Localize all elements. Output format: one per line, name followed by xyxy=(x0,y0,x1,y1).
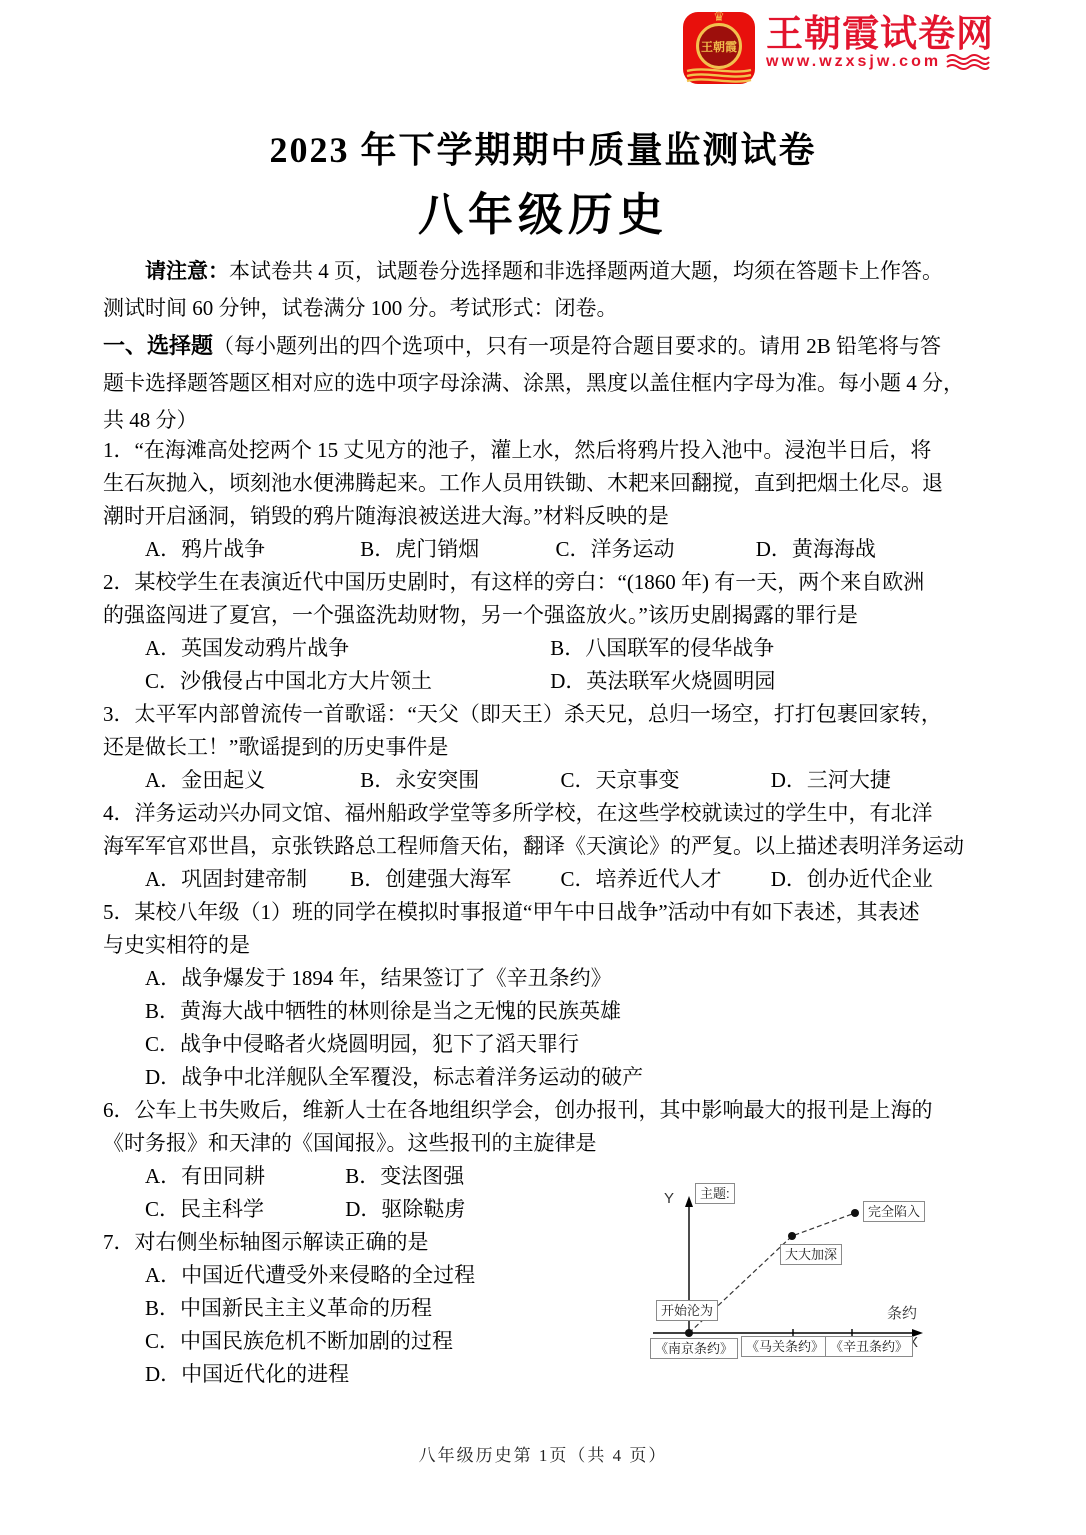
notice-line-2: 测试时间 60 分钟，试卷满分 100 分。考试形式：闭卷。 xyxy=(103,290,993,327)
option-d: D．三河大捷 xyxy=(771,764,891,797)
question-2-options-row-2: C．沙俄侵占中国北方大片领土 D．英法联军火烧圆明园 xyxy=(103,665,1003,698)
question-3-options: A．金田起义 B．永安突围 C．天京事变 D．三河大捷 xyxy=(103,764,1003,797)
site-name: 王朝霞试卷网 xyxy=(766,13,994,55)
page-subtitle: 八年级历史 xyxy=(0,178,1086,243)
intro-block: 请注意：本试卷共 4 页，试题卷分选择题和非选择题两道大题，均须在答题卡上作答。… xyxy=(103,253,993,439)
question-5-text-2: 与史实相符的是 xyxy=(103,929,1003,962)
question-3-text-1: 3．太平军内部曾流传一首歌谣：“天父（即天王）杀天兄，总归一场空，打打包裹回家转… xyxy=(103,698,1003,731)
theme-box: 主题: xyxy=(695,1183,735,1204)
option-b: B．永安突围 xyxy=(360,764,555,797)
section-desc-2: 题卡选择题答题区相对应的选中项字母涂满、涂黑，黑度以盖住框内字母为准。每小题 4… xyxy=(103,365,993,402)
option-d: D．黄海海战 xyxy=(756,533,876,566)
logo-text-block: 王朝霞试卷网 www.wzxsjw.com xyxy=(766,12,994,71)
option-b: B．虎门销烟 xyxy=(360,533,550,566)
option-c: C．天京事变 xyxy=(561,764,766,797)
page-title: 2023 年下学期期中质量监测试卷 xyxy=(0,122,1086,173)
option-b: B．八国联军的侵华战争 xyxy=(550,632,774,665)
option-a: A．巩固封建帝制 xyxy=(145,863,345,896)
stage-label-3: 完全陷入 xyxy=(863,1201,925,1222)
option-d: D．驱除鞑虏 xyxy=(345,1193,465,1226)
option-d: D．英法联军火烧圆明园 xyxy=(550,665,775,698)
option-a: A．鸦片战争 xyxy=(145,533,355,566)
x-axis-title: 条约 xyxy=(887,1306,917,1322)
option-a: A．有田同耕 xyxy=(145,1160,340,1193)
coordinate-diagram: Y 主题: 完全陷入 大大加深 开始沦为 条约 X 《南京条约》 《马关条约》 … xyxy=(640,1183,952,1385)
option-a: A．英国发动鸦片战争 xyxy=(145,632,545,665)
option-b: B．变法图强 xyxy=(345,1160,464,1193)
page-footer: 八年级历史第 1页（共 4 页） xyxy=(0,1441,1086,1466)
treaty-box-2: 《马关条约》 xyxy=(741,1336,829,1357)
notice-text: 本试卷共 4 页，试题卷分选择题和非选择题两道大题，均须在答题卡上作答。 xyxy=(229,259,943,283)
question-2-options-row-1: A．英国发动鸦片战争 B．八国联军的侵华战争 xyxy=(103,632,1003,665)
stage-label-2: 大大加深 xyxy=(780,1244,842,1265)
question-6-text-1: 6．公车上书失败后，维新人士在各地组织学会，创办报刊，其中影响最大的报刊是上海的 xyxy=(103,1094,1003,1127)
question-5-text-1: 5．某校八年级（1）班的同学在模拟时事报道“甲午中日战争”活动中有如下表述，其表… xyxy=(103,896,1003,929)
question-4-options: A．巩固封建帝制 B．创建强大海军 C．培养近代人才 D．创办近代企业 xyxy=(103,863,1003,896)
question-1-text-2: 生石灰抛入，顷刻池水便沸腾起来。工作人员用铁锄、木耙来回翻搅，直到把烟土化尽。退 xyxy=(103,467,1003,500)
section-desc-1: （每小题列出的四个选项中，只有一项是符合题目要求的。请用 2B 铅笔将与答 xyxy=(213,334,941,358)
question-2-text-2: 的强盗闯进了夏宫，一个强盗洗劫财物，另一个强盗放火。”该历史剧揭露的罪行是 xyxy=(103,599,1003,632)
question-1-options: A．鸦片战争 B．虎门销烟 C．洋务运动 D．黄海海战 xyxy=(103,533,1003,566)
option-a: A．金田起义 xyxy=(145,764,355,797)
logo-emblem-text: 王朝霞 xyxy=(683,41,755,53)
wave-lines-icon xyxy=(946,53,990,71)
site-url: www.wzxsjw.com xyxy=(766,53,941,71)
gold-waves-icon xyxy=(685,68,753,83)
option-b: B．黄海大战中牺牲的林则徐是当之无愧的民族英雄 xyxy=(103,995,1003,1028)
question-2: 2．某校学生在表演近代中国历史剧时，有这样的旁白：“(1860 年) 有一天，两… xyxy=(103,566,1003,698)
logo-app-icon: ♛ 王朝霞 xyxy=(683,12,755,84)
option-c: C．战争中侵略者火烧圆明园，犯下了滔天罪行 xyxy=(103,1028,1003,1061)
y-axis-label: Y xyxy=(664,1191,674,1207)
option-b: B．创建强大海军 xyxy=(350,863,555,896)
question-3-text-2: 还是做长工！”歌谣提到的历史事件是 xyxy=(103,731,1003,764)
question-5: 5．某校八年级（1）班的同学在模拟时事报道“甲午中日战争”活动中有如下表述，其表… xyxy=(103,896,1003,1094)
treaty-box-1: 《南京条约》 xyxy=(650,1338,738,1359)
option-c: C．沙俄侵占中国北方大片领土 xyxy=(145,665,545,698)
question-1-text-1: 1．“在海滩高处挖两个 15 丈见方的池子，灌上水，然后将鸦片投入池中。浸泡半日… xyxy=(103,434,1003,467)
site-url-row: www.wzxsjw.com xyxy=(766,53,994,71)
notice-line-1: 请注意：本试卷共 4 页，试题卷分选择题和非选择题两道大题，均须在答题卡上作答。 xyxy=(103,253,993,290)
option-d: D．战争中北洋舰队全军覆没，标志着洋务运动的破产 xyxy=(103,1061,1003,1094)
exam-paper-page: ♛ 王朝霞 王朝霞试卷网 www.wzxsjw.com 2023 年下学期期中质… xyxy=(0,0,1086,1535)
question-1: 1．“在海滩高处挖两个 15 丈见方的池子，灌上水，然后将鸦片投入池中。浸泡半日… xyxy=(103,434,1003,566)
option-a: A．战争爆发于 1894 年，结果签订了《辛丑条约》 xyxy=(103,962,1003,995)
question-3: 3．太平军内部曾流传一首歌谣：“天父（即天王）杀天兄，总归一场空，打打包裹回家转… xyxy=(103,698,1003,797)
question-4-text-1: 4．洋务运动兴办同文馆、福州船政学堂等多所学校，在这些学校就读过的学生中，有北洋 xyxy=(103,797,1003,830)
question-4-text-2: 海军军官邓世昌，京张铁路总工程师詹天佑，翻译《天演论》的严复。以上描述表明洋务运… xyxy=(103,830,1003,863)
treaty-box-3: 《辛丑条约》 xyxy=(825,1336,913,1357)
question-4: 4．洋务运动兴办同文馆、福州船政学堂等多所学校，在这些学校就读过的学生中，有北洋… xyxy=(103,797,1003,896)
option-c: C．培养近代人才 xyxy=(561,863,766,896)
option-c: C．民主科学 xyxy=(145,1193,340,1226)
notice-label: 请注意： xyxy=(145,259,229,283)
stage-label-1: 开始沦为 xyxy=(656,1300,718,1321)
section-header-line-1: 一、选择题（每小题列出的四个选项中，只有一项是符合题目要求的。请用 2B 铅笔将… xyxy=(103,327,993,365)
option-c: C．洋务运动 xyxy=(556,533,751,566)
option-d: D．创办近代企业 xyxy=(771,863,933,896)
question-1-text-3: 潮时开启涵洞，销毁的鸦片随海浪被送进大海。”材料反映的是 xyxy=(103,500,1003,533)
site-logo: ♛ 王朝霞 王朝霞试卷网 www.wzxsjw.com xyxy=(683,12,994,84)
section-label: 一、选择题 xyxy=(103,333,213,358)
question-2-text-1: 2．某校学生在表演近代中国历史剧时，有这样的旁白：“(1860 年) 有一天，两… xyxy=(103,566,1003,599)
question-6-text-2: 《时务报》和天津的《国闻报》。这些报刊的主旋律是 xyxy=(103,1127,1003,1160)
